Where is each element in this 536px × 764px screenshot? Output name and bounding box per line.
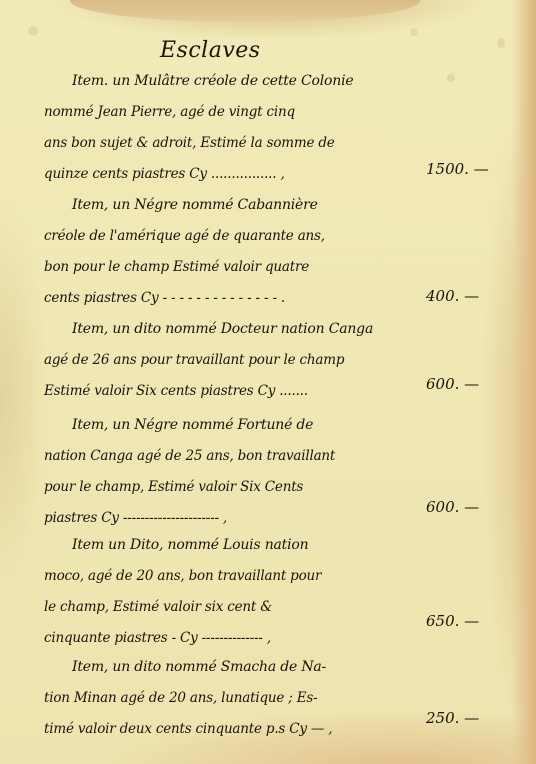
inventory-entry: Item, un Négre nommé Cabannière créole d… (44, 190, 404, 314)
entry-line: Item. un Mulâtre créole de cette Colonie (44, 66, 404, 97)
entry-line: nommé Jean Pierre, agé de vingt cinq (44, 97, 404, 128)
entry-amount: 600. — (426, 375, 479, 393)
entry-line: Item un Dito, nommé Louis nation (44, 530, 404, 561)
page-title: Esclaves (160, 38, 261, 63)
entry-line: cinquante piastres - Cy -------------- , (44, 623, 404, 654)
entry-line: Item, un dito nommé Docteur nation Canga (44, 314, 404, 345)
entry-line: pour le champ, Estimé valoir Six Cents (44, 472, 404, 503)
paper-stain (410, 28, 418, 36)
paper-stain (447, 74, 455, 82)
entry-line: créole de l'amérique agé de quarante ans… (44, 221, 404, 252)
entry-line: timé valoir deux cents cinquante p.s Cy … (44, 714, 404, 745)
entry-line: le champ, Estimé valoir six cent & (44, 592, 404, 623)
entry-line: tion Minan agé de 20 ans, lunatique ; Es… (44, 683, 404, 714)
entry-line: quinze cents piastres Cy ...............… (44, 159, 404, 190)
inventory-entry: Item, un dito nommé Docteur nation Canga… (44, 314, 404, 407)
entry-amount: 400. — (426, 287, 479, 305)
entry-line: moco, agé de 20 ans, bon travaillant pou… (44, 561, 404, 592)
entry-line: Item, un Négre nommé Fortuné de (44, 410, 404, 441)
entry-amount: 1500. — (426, 160, 489, 178)
entry-line: ans bon sujet & adroit, Estimé la somme … (44, 128, 404, 159)
manuscript-page: Esclaves Item. un Mulâtre créole de cett… (0, 0, 536, 764)
entry-line: agé de 26 ans pour travaillant pour le c… (44, 345, 404, 376)
entry-line: Estimé valoir Six cents piastres Cy ....… (44, 376, 404, 407)
entry-amount: 600. — (426, 498, 479, 516)
entry-line: Item, un dito nommé Smacha de Na- (44, 652, 404, 683)
torn-top-edge (70, 0, 420, 22)
inventory-entry: Item, un dito nommé Smacha de Na- tion M… (44, 652, 404, 745)
inventory-entry: Item. un Mulâtre créole de cette Colonie… (44, 66, 404, 190)
entry-amount: 650. — (426, 612, 479, 630)
paper-stain (497, 38, 505, 48)
aged-right-edge (512, 0, 536, 764)
inventory-entry: Item un Dito, nommé Louis nation moco, a… (44, 530, 404, 654)
entry-line: nation Canga agé de 25 ans, bon travaill… (44, 441, 404, 472)
entry-line: bon pour le champ Estimé valoir quatre (44, 252, 404, 283)
paper-stain (28, 26, 38, 36)
inventory-entry: Item, un Négre nommé Fortuné de nation C… (44, 410, 404, 534)
entry-amount: 250. — (426, 709, 479, 727)
entry-line: Item, un Négre nommé Cabannière (44, 190, 404, 221)
entry-line: cents piastres Cy - - - - - - - - - - - … (44, 283, 404, 314)
